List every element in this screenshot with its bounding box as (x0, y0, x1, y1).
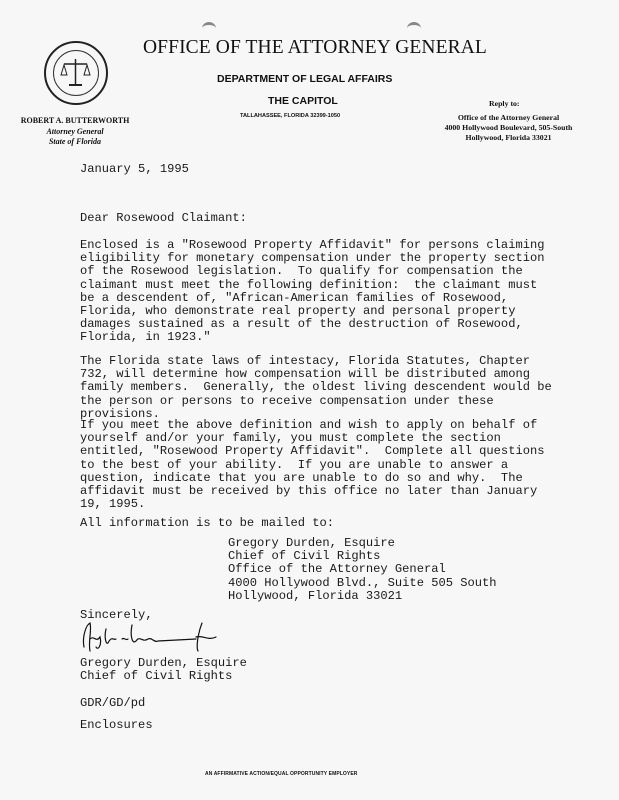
building-name: THE CAPITOL (268, 95, 338, 107)
attorney-general-state: State of Florida (10, 137, 140, 148)
reply-to-label: Reply to: (489, 99, 520, 108)
salutation: Dear Rosewood Claimant: (80, 212, 247, 225)
reply-line: Hollywood, Florida 33021 (426, 133, 591, 143)
paragraph-1: Enclosed is a "Rosewood Property Affidav… (80, 239, 544, 345)
state-seal (44, 41, 108, 105)
reply-line: 4000 Hollywood Boulevard, 505-South (426, 123, 591, 133)
paragraph-4: All information is to be mailed to: (80, 517, 334, 530)
scales-of-justice-icon (54, 51, 97, 94)
attorney-general-name: ROBERT A. BUTTERWORTH (10, 116, 140, 127)
punch-hole-mark (202, 22, 216, 35)
paragraph-3: If you meet the above definition and wis… (80, 419, 544, 511)
letter-date: January 5, 1995 (80, 163, 189, 176)
signer-block: Gregory Durden, Esquire Chief of Civil R… (80, 657, 247, 683)
office-title: OFFICE OF THE ATTORNEY GENERAL (143, 37, 487, 59)
footer-employer-statement: AN AFFIRMATIVE ACTION/EQUAL OPPORTUNITY … (205, 771, 358, 777)
city-line: TALLAHASSEE, FLORIDA 32399-1050 (240, 113, 340, 119)
attorney-general-block: ROBERT A. BUTTERWORTH Attorney General S… (10, 116, 140, 148)
punch-hole-mark (407, 22, 421, 35)
signature-image (78, 617, 258, 657)
department-name: DEPARTMENT OF LEGAL AFFAIRS (217, 73, 392, 85)
enclosures: Enclosures (80, 719, 153, 732)
initials: GDR/GD/pd (80, 697, 145, 710)
reply-to-address: Office of the Attorney General 4000 Holl… (426, 113, 591, 143)
mailing-address: Gregory Durden, Esquire Chief of Civil R… (228, 537, 497, 603)
reply-line: Office of the Attorney General (426, 113, 591, 123)
paragraph-2: The Florida state laws of intestacy, Flo… (80, 355, 552, 421)
seal-inner-ring (53, 50, 99, 96)
attorney-general-role: Attorney General (10, 127, 140, 138)
